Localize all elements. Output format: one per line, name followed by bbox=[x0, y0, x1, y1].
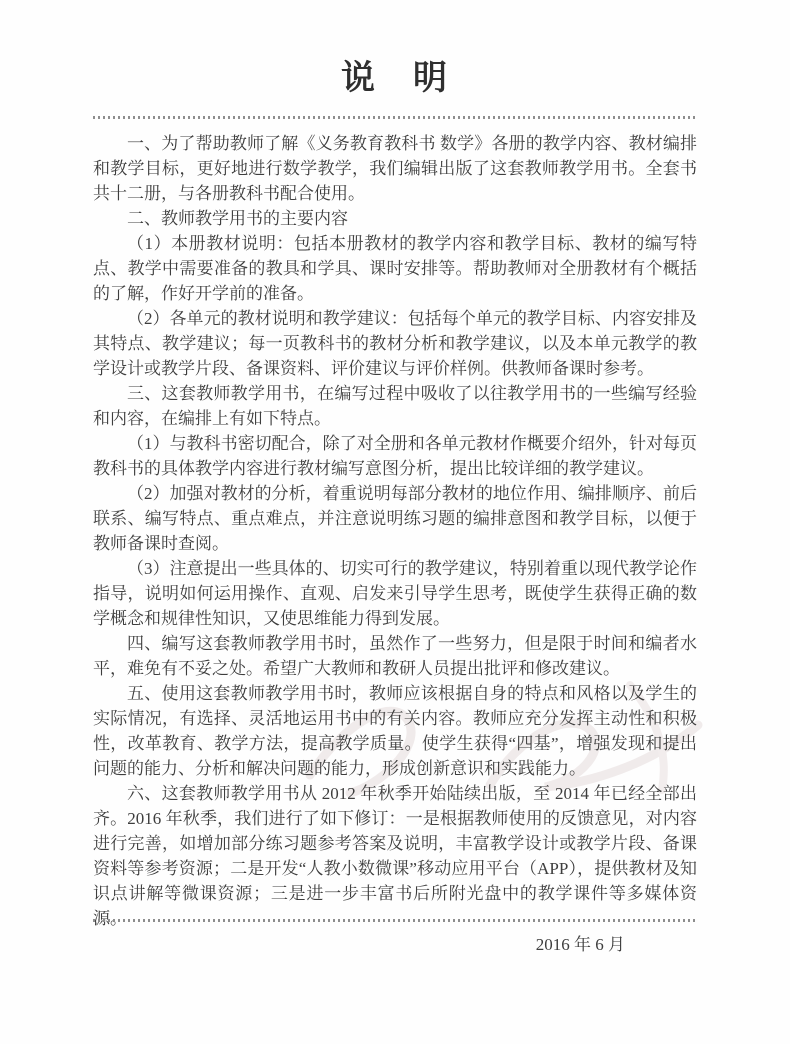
paragraph: （1）本册教材说明：包括本册教材的教学内容和教学目标、教材的编写特点、教学中需要… bbox=[93, 231, 697, 306]
paragraph: （2）各单元的教材说明和教学建议：包括每个单元的教学目标、内容安排及其特点、教学… bbox=[93, 306, 697, 381]
document-body: 一、为了帮助教师了解《义务教育教科书 数学》各册的教学内容、教材编排和教学目标，… bbox=[93, 131, 697, 957]
paragraph: （3）注意提出一些具体的、切实可行的教学建议，特别着重以现代教学论作指导，说明如… bbox=[93, 556, 697, 631]
date-line: 2016 年 6 月 bbox=[93, 932, 697, 957]
bottom-divider bbox=[93, 919, 697, 922]
paragraph: 五、使用这套教师教学用书时，教师应该根据自身的特点和风格以及学生的实际情况，有选… bbox=[93, 681, 697, 781]
document-page: 说 明 一、为了帮助教师了解《义务教育教科书 数学》各册的教学内容、教材编排和教… bbox=[0, 0, 790, 1044]
paragraph: （1）与教科书密切配合，除了对全册和各单元教材作概要介绍外，针对每页教科书的具体… bbox=[93, 431, 697, 481]
page-title: 说 明 bbox=[0, 50, 790, 99]
paragraph: 三、这套教师教学用书，在编写过程中吸收了以往教学用书的一些编写经验和内容，在编排… bbox=[93, 381, 697, 431]
paragraph: 四、编写这套教师教学用书时，虽然作了一些努力，但是限于时间和编者水平，难免有不妥… bbox=[93, 631, 697, 681]
paragraph: （2）加强对教材的分析，着重说明每部分教材的地位作用、编排顺序、前后联系、编写特… bbox=[93, 481, 697, 556]
top-divider bbox=[93, 116, 697, 119]
paragraph: 二、教师教学用书的主要内容 bbox=[93, 206, 697, 231]
paragraph: 一、为了帮助教师了解《义务教育教科书 数学》各册的教学内容、教材编排和教学目标，… bbox=[93, 131, 697, 206]
paragraph: 六、这套教师教学用书从 2012 年秋季开始陆续出版，至 2014 年已经全部出… bbox=[93, 781, 697, 931]
